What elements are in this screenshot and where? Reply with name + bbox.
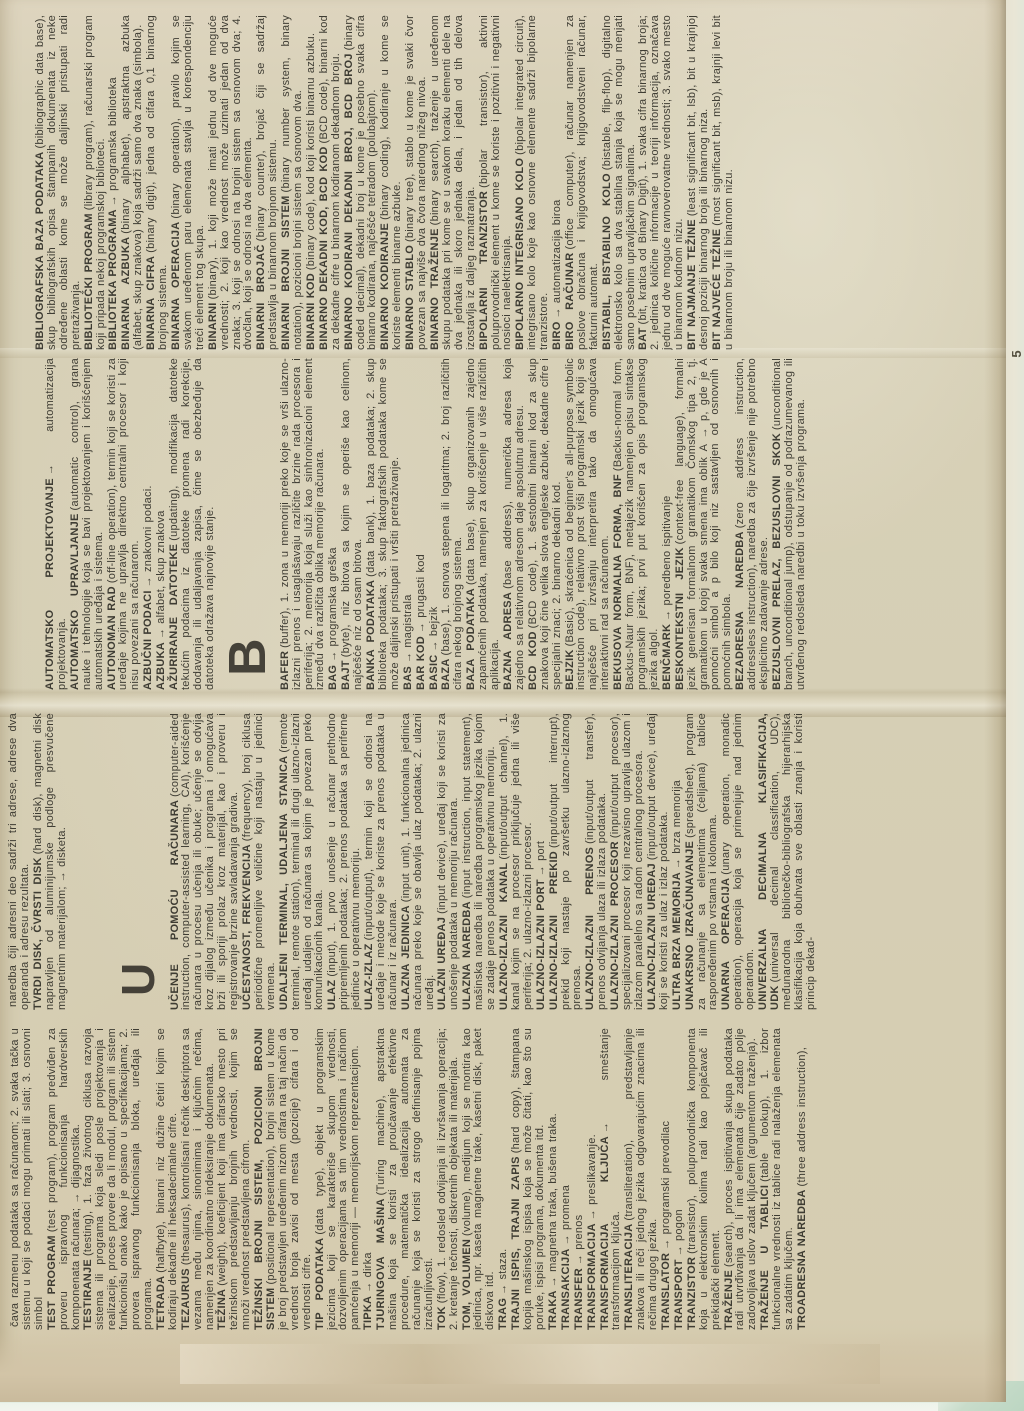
dictionary-entry: ULAZNI UREĐAJ(input device), uređaj koji… [437, 713, 461, 1010]
entry-text: → magistrala [402, 594, 414, 663]
entry-text: (flow), 1. redosled odvijanja ili izvrša… [436, 1028, 460, 1330]
entry-term: BINARNA AZBUKA [120, 237, 132, 350]
dictionary-entry: BIRO RAČUNAR(office computer), računar n… [565, 15, 601, 350]
entry-text: čava razmenu podataka sa računarom; 2. s… [10, 1028, 45, 1330]
dictionary-entry: BISTABIL, BISTABILNO KOLO(bistable, flip… [602, 15, 638, 350]
entry-text: → magnetna traka, bušena traka. [547, 1113, 559, 1287]
entry-text: (input), 1. prvo unošenje u računar pret… [326, 713, 362, 1010]
entry-text: → prenos [573, 1215, 585, 1266]
entry-term: BANKA PODATAKA [365, 580, 377, 690]
dictionary-entry: TROADRESNA NAREDBA(three address instruc… [797, 1028, 809, 1330]
dictionary-entry: BAR KOD→ prugasti kod [416, 358, 428, 690]
column-b-entries: BAFER(buffer), 1. zona u memoriji preko … [280, 358, 808, 690]
entry-term: BASIC [428, 655, 440, 690]
entry-term: BAFER [279, 651, 291, 690]
entry-text: (universal decimal classification, UDC),… [769, 713, 817, 1010]
entry-term: BIBLIOGRAFSKA BAZA PODATAKA [35, 152, 46, 350]
entry-term: TEŽINA [216, 1289, 228, 1330]
entry-term: BIPOLARNO INTEGRISANO KOLO [514, 158, 526, 350]
entry-term: ULAZNO-IZLAZNI PREKID [548, 851, 560, 1010]
entry-term: TOK [436, 1306, 448, 1330]
entry-term: BIBLIOTEKA PROGRAMA [107, 209, 119, 350]
entry-text: (positional representation), brojni sist… [265, 1028, 313, 1330]
dictionary-entry: BAZNA ADRESA(base address), numerička ad… [503, 358, 527, 690]
entry-term: ULTRA BRZA MEMORIJA [671, 872, 683, 1010]
entry-term: ULAZNO-IZLAZNI PROCESOR [609, 841, 621, 1010]
entry-term: BEZADRESNA NAREDBA [734, 531, 746, 690]
dictionary-column-u: naredba čiji adresni deo sadrži tri adre… [8, 713, 1008, 1010]
entry-term: BAZNA ADRESA [502, 592, 514, 690]
dictionary-entry: BESKONTEKSTNI JEZIK(context-free languag… [675, 358, 735, 690]
entry-term: BIBLIOTEČKI PROGRAM [83, 213, 95, 350]
dictionary-entry: TEZAURUS(thesaurus), kontrolisani rečnik… [181, 1028, 217, 1330]
entry-text: → poredbeno ispitivanje [661, 495, 673, 620]
entry-text: (binary code), kod koji koristi binarnu … [305, 33, 317, 270]
dictionary-entry: čava razmenu podataka sa računarom; 2. s… [10, 1028, 46, 1330]
dictionary-entry: UDALJENI TERMINAL, UDALJENA STANICA(remo… [279, 713, 327, 1010]
entry-term: BEJZIK [564, 649, 576, 690]
entry-term: ULAZ [326, 980, 338, 1010]
entry-term: TJURINGOVA MAŠINA [375, 1198, 387, 1330]
dictionary-column-ab: AUTOMATSKO PROJEKTOVANJE→ automatizacija… [45, 358, 993, 690]
dictionary-entry: TJURINGOVA MAŠINA(Turing machine), apstr… [376, 1028, 436, 1330]
entry-term: AUTONOMAN RAD [106, 586, 118, 690]
entry-term: BIRO [551, 322, 563, 351]
entry-text: (bit, kratica od Binary Digit), 1. svaka… [637, 15, 685, 350]
dictionary-entry: ULAZNO-IZLAZNI PRENOS(input/output trans… [585, 713, 609, 1010]
dictionary-entry: ULTRA BRZA MEMORIJA→ brza memorija [672, 713, 684, 1010]
entry-term: BINARNI BROJNI SISTEM [280, 195, 292, 350]
entry-term: TRAJNI ISPIS, TRAJNI ZAPIS [510, 1156, 522, 1330]
dictionary-entry: TRANSPORT→ pogon [674, 1028, 686, 1330]
entry-text: → promena [560, 1185, 572, 1246]
dictionary-entry: TETRADA(halfbyte), binarni niz dužine če… [156, 1028, 180, 1330]
entry-text: → automatizacija biroa [551, 200, 563, 319]
entry-term: ULAZNI UREĐAJ [436, 917, 448, 1010]
entry-term: BEZUSLOVNI PRELAZ, BEZUSLOVNI SKOK [771, 433, 783, 690]
entry-term: BINARNO DEKADNI KOD, BCD KOD [318, 146, 330, 350]
dictionary-entry: BASIC→ bejzik [429, 358, 441, 690]
column-u-entries: UČENJE POMOĆU RAČUNARA(computer-aided in… [170, 713, 818, 1010]
dictionary-entry: ULAZNA JEDINICA(input unit), 1. funkcion… [401, 713, 437, 1010]
dictionary-entry: TRANSLITERACIJA(transliteration), predst… [624, 1028, 660, 1330]
entry-term: AZBUKA [155, 642, 167, 690]
entry-term: BINARNA CIFRA [145, 256, 157, 350]
entry-text: (Basic), skraćenica od beginner's all-pu… [564, 358, 612, 690]
dictionary-entry: TIP PODATAKA(data type), objekt u progra… [315, 1028, 363, 1330]
dictionary-entry: TRAG→ staza. [498, 1028, 510, 1330]
dictionary-entry: BIT NAJMANJE TEŽINE(least significant bi… [687, 15, 711, 350]
entry-term: BISTABIL, BISTABILNO KOLO [601, 173, 613, 350]
entry-term: TRANSFORMACIJA [586, 1223, 598, 1330]
dictionary-entry: TIPKA→ dirka [363, 1028, 375, 1330]
entry-term: TRANSAKCIJA [560, 1248, 572, 1330]
entry-term: UČESTANOST, FREKVENCIJA [241, 844, 253, 1010]
entry-term: TRAŽENJE U TABLICI [759, 1185, 771, 1330]
entry-text: (byte), niz bitova sa kojim se operiše k… [340, 358, 364, 690]
dictionary-entry: UNARNA OPERACIJA(unary operation, monadi… [721, 713, 757, 1010]
entry-term: BINARNI BROJAČ [255, 244, 267, 350]
entry-term: UNARNA OPERACIJA [720, 878, 732, 1010]
dictionary-entry: BIBLIOTEKA PROGRAMA→ programska bibliote… [108, 15, 120, 350]
entry-text: → pogon [673, 1209, 685, 1256]
dictionary-entry: BIT NAJVEĆE TEŽINE(most significant bit,… [712, 15, 736, 350]
entry-term: BAS [402, 666, 414, 690]
entry-text: → preslikavanje. [586, 1134, 598, 1220]
page-number: 5 [1007, 344, 1024, 364]
entry-text: → programska greška [327, 547, 339, 662]
entry-term: AUTOMATSKO UPRAVLJANJE [69, 513, 81, 690]
entry-text: → alfabet, skup znakova [155, 510, 167, 639]
entry-term: ULAZNO-IZLAZNI UREĐAJ [646, 863, 658, 1010]
entry-text: (binary), 1. koji može imati jednu od dv… [207, 15, 255, 350]
entry-term: TRANZISTOR [686, 1257, 698, 1330]
entry-text: → programski prevodilac [660, 1121, 672, 1250]
entry-term: BINARNO TRAŽENJE [429, 228, 441, 350]
entry-text: → bejzik [428, 607, 440, 652]
dictionary-entry: TVRDI DISK, ČVRSTI DISK(hard disk), magn… [33, 713, 69, 1010]
dictionary-entry: BAZA(base), 1. osnova stepena ili logari… [441, 358, 465, 690]
dictionary-entry: BEJZIK(Basic), skraćenica od beginner's … [565, 358, 613, 690]
entry-term: UNAKRSNO IZRAČUNAVANJE [684, 841, 696, 1010]
dictionary-entry: AUTONOMAN RAD(off-line operation), termi… [107, 358, 143, 690]
dictionary-entry: UNIVERZALNA DECIMALNA KLASIFIKACIJA, UDK… [758, 713, 818, 1010]
entry-term: BAJT [340, 660, 352, 690]
dictionary-entry: BINARNI BROJNI SISTEM(binary number syst… [281, 15, 305, 350]
entry-term: ULAZNA NAREDBA [461, 901, 473, 1010]
entry-term: TROADRESNA NAREDBA [796, 1189, 808, 1330]
dictionary-entry: ULAZNO-IZLAZNI PROCESOR(input/output pro… [610, 713, 646, 1010]
dictionary-entry: ULAZNO-IZLAZNI PORT→ port [536, 713, 548, 1010]
dictionary-entry: TRANSFORMACIJA→ preslikavanje. [587, 1028, 599, 1330]
dictionary-entry: BINARNI BROJAČ(binary counter), brojač č… [256, 15, 280, 350]
entry-term: BINARNO STABLO [404, 245, 416, 350]
dictionary-entry: TRANZISTOR(transistor), poluprovodnička … [687, 1028, 723, 1330]
entry-term: TRAG [497, 1298, 509, 1330]
entry-term: TRANSFER [573, 1268, 585, 1330]
entry-text: (buffer), 1. zona u memoriji preko koje … [279, 358, 327, 690]
entry-term: BINARNI [207, 302, 219, 350]
entry-term: BAT [637, 327, 649, 350]
entry-term: BIT NAJVEĆE TEŽINE [711, 229, 723, 350]
dictionary-column-t: čava razmenu podataka sa računarom; 2. s… [10, 1028, 1002, 1330]
dictionary-entry: TOM, VOLUMEN(volume), medijum koji se mo… [462, 1028, 498, 1330]
entry-term: AŽURIRANJE DATOTEKE [168, 544, 180, 690]
entry-term: TRAŽENJE [723, 1270, 735, 1330]
entry-term: TOM, VOLUMEN [461, 1239, 473, 1330]
dictionary-entry: BINARNA CIFRA(binary digit), jedna od ci… [146, 15, 170, 350]
dictionary-entry: BANKA PODATAKA(data bank), 1. baza podat… [366, 358, 402, 690]
entry-text: → prugasti kod [415, 554, 427, 633]
entry-text: (weight), koeficijent koji ima cifarsko … [216, 1028, 252, 1330]
entry-text: (three address instruction), [796, 1047, 808, 1186]
entry-term: TRANSLITERACIJA [623, 1224, 635, 1330]
dictionary-entry: AZBUČNI PODACI→ znakovni podaci. [143, 358, 155, 690]
dictionary-entry: BINARNA OPERACIJA(binary operation), pra… [171, 15, 207, 350]
entry-term: ULAZNO-IZLAZNI KANAL [498, 863, 510, 1010]
entry-term: UDALJENI TERMINAL, UDALJENA STANICA [278, 756, 290, 1010]
dictionary-entry: TRANSFER→ prenos [574, 1028, 586, 1330]
dictionary-entry: BCD KOD(BCD code), 1. šestobitni binarni… [528, 358, 564, 690]
dictionary-entry: ULAZNA NAREDBA(input instruction, input … [462, 713, 498, 1010]
entry-text: → port [535, 841, 547, 876]
dictionary-entry: TRANSFORMACIJA KLJUČA→ smeštanje transfo… [600, 1028, 624, 1330]
dictionary-entry: TRANSAKCIJA→ promena [561, 1028, 573, 1330]
dictionary-entry: BIPOLARNI TRANZISTOR(bipolar transistor)… [479, 15, 515, 350]
entry-text: → brza memorija [671, 780, 683, 869]
entry-text: → znakovni podaci. [142, 485, 154, 587]
dictionary-entry: ULAZNO-IZLAZNI PREKID(input/output inter… [549, 713, 585, 1010]
dictionary-entry: BINARNA AZBUKA(binary alphabet), apstrak… [121, 15, 145, 350]
dictionary-entry: UČENJE POMOĆU RAČUNARA(computer-aided in… [170, 713, 241, 1010]
dictionary-entry: BINARNO KODIRANJE(binary coding), kodira… [380, 15, 404, 350]
entry-term: BAG [327, 665, 339, 690]
dictionary-entry: BEZUSLOVNI PRELAZ, BEZUSLOVNI SKOK(uncon… [772, 358, 808, 690]
dictionary-entry: BINARNO STABLO(binary tree), stablo u ko… [405, 15, 429, 350]
dictionary-entry: BINARNI KOD(binary code), kod koji koris… [306, 15, 318, 350]
dictionary-entry: TRAKA→ magnetna traka, bušena traka. [548, 1028, 560, 1330]
scanned-sheet: čava razmenu podataka sa računarom; 2. s… [0, 0, 1006, 1402]
dictionary-entry: BAS→ magistrala [403, 358, 415, 690]
dictionary-entry: TRAŽENJE U TABLICI(table lookup), 1. izb… [760, 1028, 796, 1330]
entry-term: TRAKA [547, 1290, 559, 1330]
dictionary-entry: BAJT(byte), niz bitova sa kojim se operi… [341, 358, 365, 690]
entry-text: (base), 1. osnova stepena ili logaritma;… [440, 358, 464, 690]
dictionary-entry: BINARNI(binary), 1. koji može imati jedn… [208, 15, 256, 350]
dictionary-entry: TOK(flow), 1. redosled odvijanja ili izv… [437, 1028, 461, 1330]
entry-term: BEKUSOVA NORMALNA FORMA, BNF [612, 474, 624, 690]
entry-term: TEZAURUS [180, 1268, 192, 1330]
dictionary-column-bi: BIBLIOGRAFSKA BAZA PODATAKA(bibliographi… [35, 15, 993, 350]
entry-text: naredba čiji adresni deo sadrži tri adre… [8, 713, 31, 1010]
entry-term: BAZA PODATAKA [465, 588, 477, 690]
entry-term: BAZA [440, 658, 452, 690]
dictionary-entry: TRAŽENJE(search), proces ispitivanja sku… [724, 1028, 760, 1330]
entry-term: AUTOMATSKO PROJEKTOVANJE [45, 478, 56, 690]
dictionary-entry: TEŽINSKI BROJNI SISTEM, POZICIONI BROJNI… [254, 1028, 314, 1330]
dictionary-entry: BIPOLARNO INTEGRISANO KOLO(bipolar integ… [515, 15, 551, 350]
dictionary-entry: BAFER(buffer), 1. zona u memoriji preko … [280, 358, 328, 690]
dictionary-entry: AUTOMATSKO UPRAVLJANJE(automatic control… [70, 358, 106, 690]
entry-term: BINARNI KOD [305, 273, 317, 350]
dictionary-entry: AZBUKA→ alfabet, skup znakova [156, 358, 168, 690]
section-letter-b: B [222, 358, 274, 676]
column-u-top-entries: naredba čiji adresni deo sadrži tri adre… [8, 713, 69, 1010]
entry-term: TETRADA [155, 1276, 167, 1330]
entry-term: AZBUČNI PODACI [142, 590, 154, 690]
entry-text: → programska biblioteka [107, 77, 119, 206]
dictionary-entry: BEZADRESNA NAREDBA(zero address instruct… [735, 358, 771, 690]
dictionary-entry: TRANSLATOR→ programski prevodilac [661, 1028, 673, 1330]
dictionary-entry: TESTIRANJE(testing), 1. faza životnog ci… [83, 1028, 154, 1330]
dictionary-entry: BEKUSOVA NORMALNA FORMA, BNF(Backus-norm… [613, 358, 661, 690]
dictionary-entry: BINARNO DEKADNI KOD, BCD KOD(BCD code), … [319, 15, 343, 350]
entry-term: BAR KOD [415, 636, 427, 690]
entry-term: ULAZ-IZLAZ [363, 943, 375, 1010]
entry-term: BCD KOD [527, 631, 539, 690]
entry-term: TRANSFORMACIJA KLJUČA [599, 1136, 611, 1330]
dictionary-entry: ULAZNO-IZLAZNI UREĐAJ(input/output devic… [647, 713, 671, 1010]
column-a-entries: AUTOMATSKO PROJEKTOVANJE→ automatizacija… [45, 358, 217, 690]
dictionary-entry: BAZA PODATAKA(data base), skup organizov… [466, 358, 502, 690]
dictionary-entry: naredba čiji adresni deo sadrži tri adre… [8, 713, 32, 1010]
dictionary-entry: TRAJNI ISPIS, TRAJNI ZAPIS(hard copy), š… [511, 1028, 547, 1330]
dictionary-entry: BINARNO TRAŽENJE(binary search), traženj… [430, 15, 478, 350]
dictionary-entry: BINARNO KODIRANI DEKADNI BROJ, BCD BROJ(… [344, 15, 380, 350]
entry-term: TIPKA [362, 1296, 374, 1330]
entry-term: BENČMARK [661, 624, 673, 690]
entry-term: TVRDI DISK, ČVRSTI DISK [32, 857, 44, 1010]
dictionary-entry: AUTOMATSKO PROJEKTOVANJE→ automatizacija… [45, 358, 69, 690]
dictionary-entry: ULAZ-IZLAZ(input/output), termin koji se… [364, 713, 400, 1010]
scanned-dictionary-spread: { "page": { "page_number": "5", "colors"… [0, 0, 1024, 1411]
entry-term: TRANSLATOR [660, 1253, 672, 1330]
entry-term: ULAZNO-IZLAZNI PRENOS [584, 847, 596, 1010]
paper-wrinkle [180, 1344, 880, 1384]
dictionary-entry: BAT(bit, kratica od Binary Digit), 1. sv… [638, 15, 686, 350]
dictionary-entry: BIBLIOGRAFSKA BAZA PODATAKA(bibliographi… [35, 15, 83, 350]
entry-term: TRANSPORT [673, 1259, 685, 1330]
entry-term: TEST PROGRAM [46, 1235, 58, 1330]
dictionary-entry: BIBLIOTEČKI PROGRAM(library program), ra… [84, 15, 108, 350]
dictionary-entry: ULAZ(input), 1. prvo unošenje u računar … [327, 713, 363, 1010]
entry-term: TESTIRANJE [82, 1259, 94, 1330]
entry-term: BIPOLARNI TRANZISTOR [478, 191, 490, 350]
entry-text: → dirka [362, 1252, 374, 1292]
dictionary-entry: AŽURIRANJE DATOTEKE(updating), modifikac… [169, 358, 217, 690]
entry-text: → staza. [497, 1249, 509, 1295]
dictionary-entry: UČESTANOST, FREKVENCIJA(frequency), broj… [242, 713, 278, 1010]
entry-term: ULAZNO-IZLAZNI PORT [535, 879, 547, 1010]
dictionary-entry: BIRO→ automatizacija biroa [552, 15, 564, 350]
entry-term: BINARNA OPERACIJA [170, 222, 182, 350]
dictionary-entry: BENČMARK→ poredbeno ispitivanje [662, 358, 674, 690]
entry-term: BINARNO KODIRANI DEKADNI BROJ, BCD BROJ [343, 53, 355, 350]
entry-term: BESKONTEKSTNI JEZIK [674, 547, 686, 690]
entry-term: BIT NAJMANJE TEŽINE [686, 219, 698, 350]
dictionary-entry: TEŽINA(weight), koeficijent koji ima cif… [217, 1028, 253, 1330]
section-letter-u: U [115, 713, 161, 996]
dictionary-entry: BAG→ programska greška [328, 358, 340, 690]
entry-term: BIRO RAČUNAR [564, 253, 576, 350]
entry-term: TIP PODATAKA [314, 1238, 326, 1330]
entry-term: ULAZNA JEDINICA [400, 905, 412, 1010]
dictionary-entry: UNAKRSNO IZRAČUNAVANJE(spreadsheet), pro… [685, 713, 721, 1010]
dictionary-entry: TEST PROGRAM(test program), program pred… [47, 1028, 83, 1330]
entry-term: BINARNO KODIRANJE [379, 223, 391, 350]
dictionary-entry: ULAZNO-IZLAZNI KANAL(input/output channe… [499, 713, 535, 1010]
entry-term: UČENJE POMOĆU RAČUNARA [169, 800, 181, 1010]
